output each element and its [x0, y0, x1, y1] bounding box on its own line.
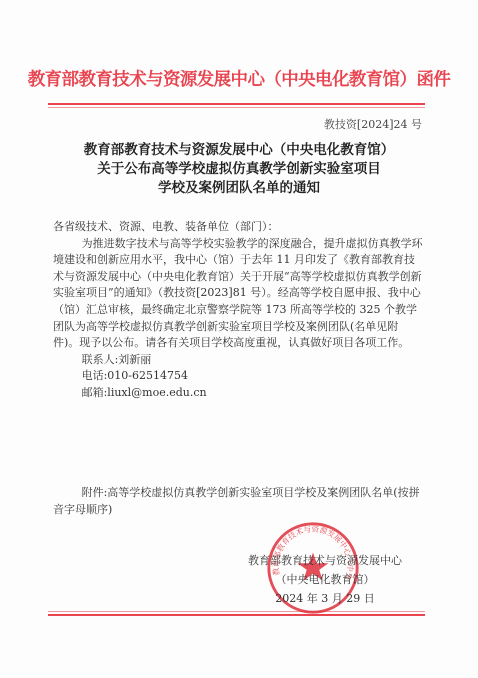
signature-org: 教育部教育技术与资源发展中心	[200, 551, 450, 570]
header-divider-thin	[48, 107, 425, 108]
title-line-3: 学校及案例团队名单的通知	[0, 179, 478, 198]
document-body: 各省级技术、资源、电教、装备单位（部门）： 为推进数字技术与高等学校实验教学的深…	[53, 219, 423, 402]
contact-phone: 电话:010-62514754	[53, 368, 423, 385]
document-number: 教技资[2024]24 号	[0, 116, 422, 132]
title-line-2: 关于公布高等学校虚拟仿真教学创新实验室项目	[0, 160, 478, 179]
signature-date: 2024 年 3 月 29 日	[200, 589, 450, 608]
title-line-1: 教育部教育技术与资源发展中心（中央电化教育馆）	[0, 141, 478, 160]
contact-email: 邮箱:liuxl@moe.edu.cn	[53, 385, 423, 402]
letterhead-title: 教育部教育技术与资源发展中心（中央电化教育馆）函件	[0, 66, 478, 91]
body-paragraph: 为推进数字技术与高等学校实验教学的深度融合，提升虚拟仿真教学环境建设和创新应用水…	[53, 236, 423, 352]
footer-divider-thin	[48, 611, 425, 612]
document-title: 教育部教育技术与资源发展中心（中央电化教育馆） 关于公布高等学校虚拟仿真教学创新…	[0, 141, 478, 198]
salutation: 各省级技术、资源、电教、装备单位（部门）：	[53, 219, 423, 236]
signature-block: 教育部教育技术与资源发展中心 （中央电化教育馆） 2024 年 3 月 29 日	[200, 551, 450, 608]
attachment-note: 附件:高等学校虚拟仿真教学创新实验室项目学校及案例团队名单(按拼音字母顺序)	[53, 485, 423, 518]
header-divider	[48, 103, 425, 105]
attachment-text: 附件:高等学校虚拟仿真教学创新实验室项目学校及案例团队名单(按拼音字母顺序)	[53, 485, 423, 518]
footer-divider	[48, 614, 425, 616]
signature-org-alt: （中央电化教育馆）	[200, 570, 450, 589]
contact-person: 联系人:刘新丽	[53, 352, 423, 369]
